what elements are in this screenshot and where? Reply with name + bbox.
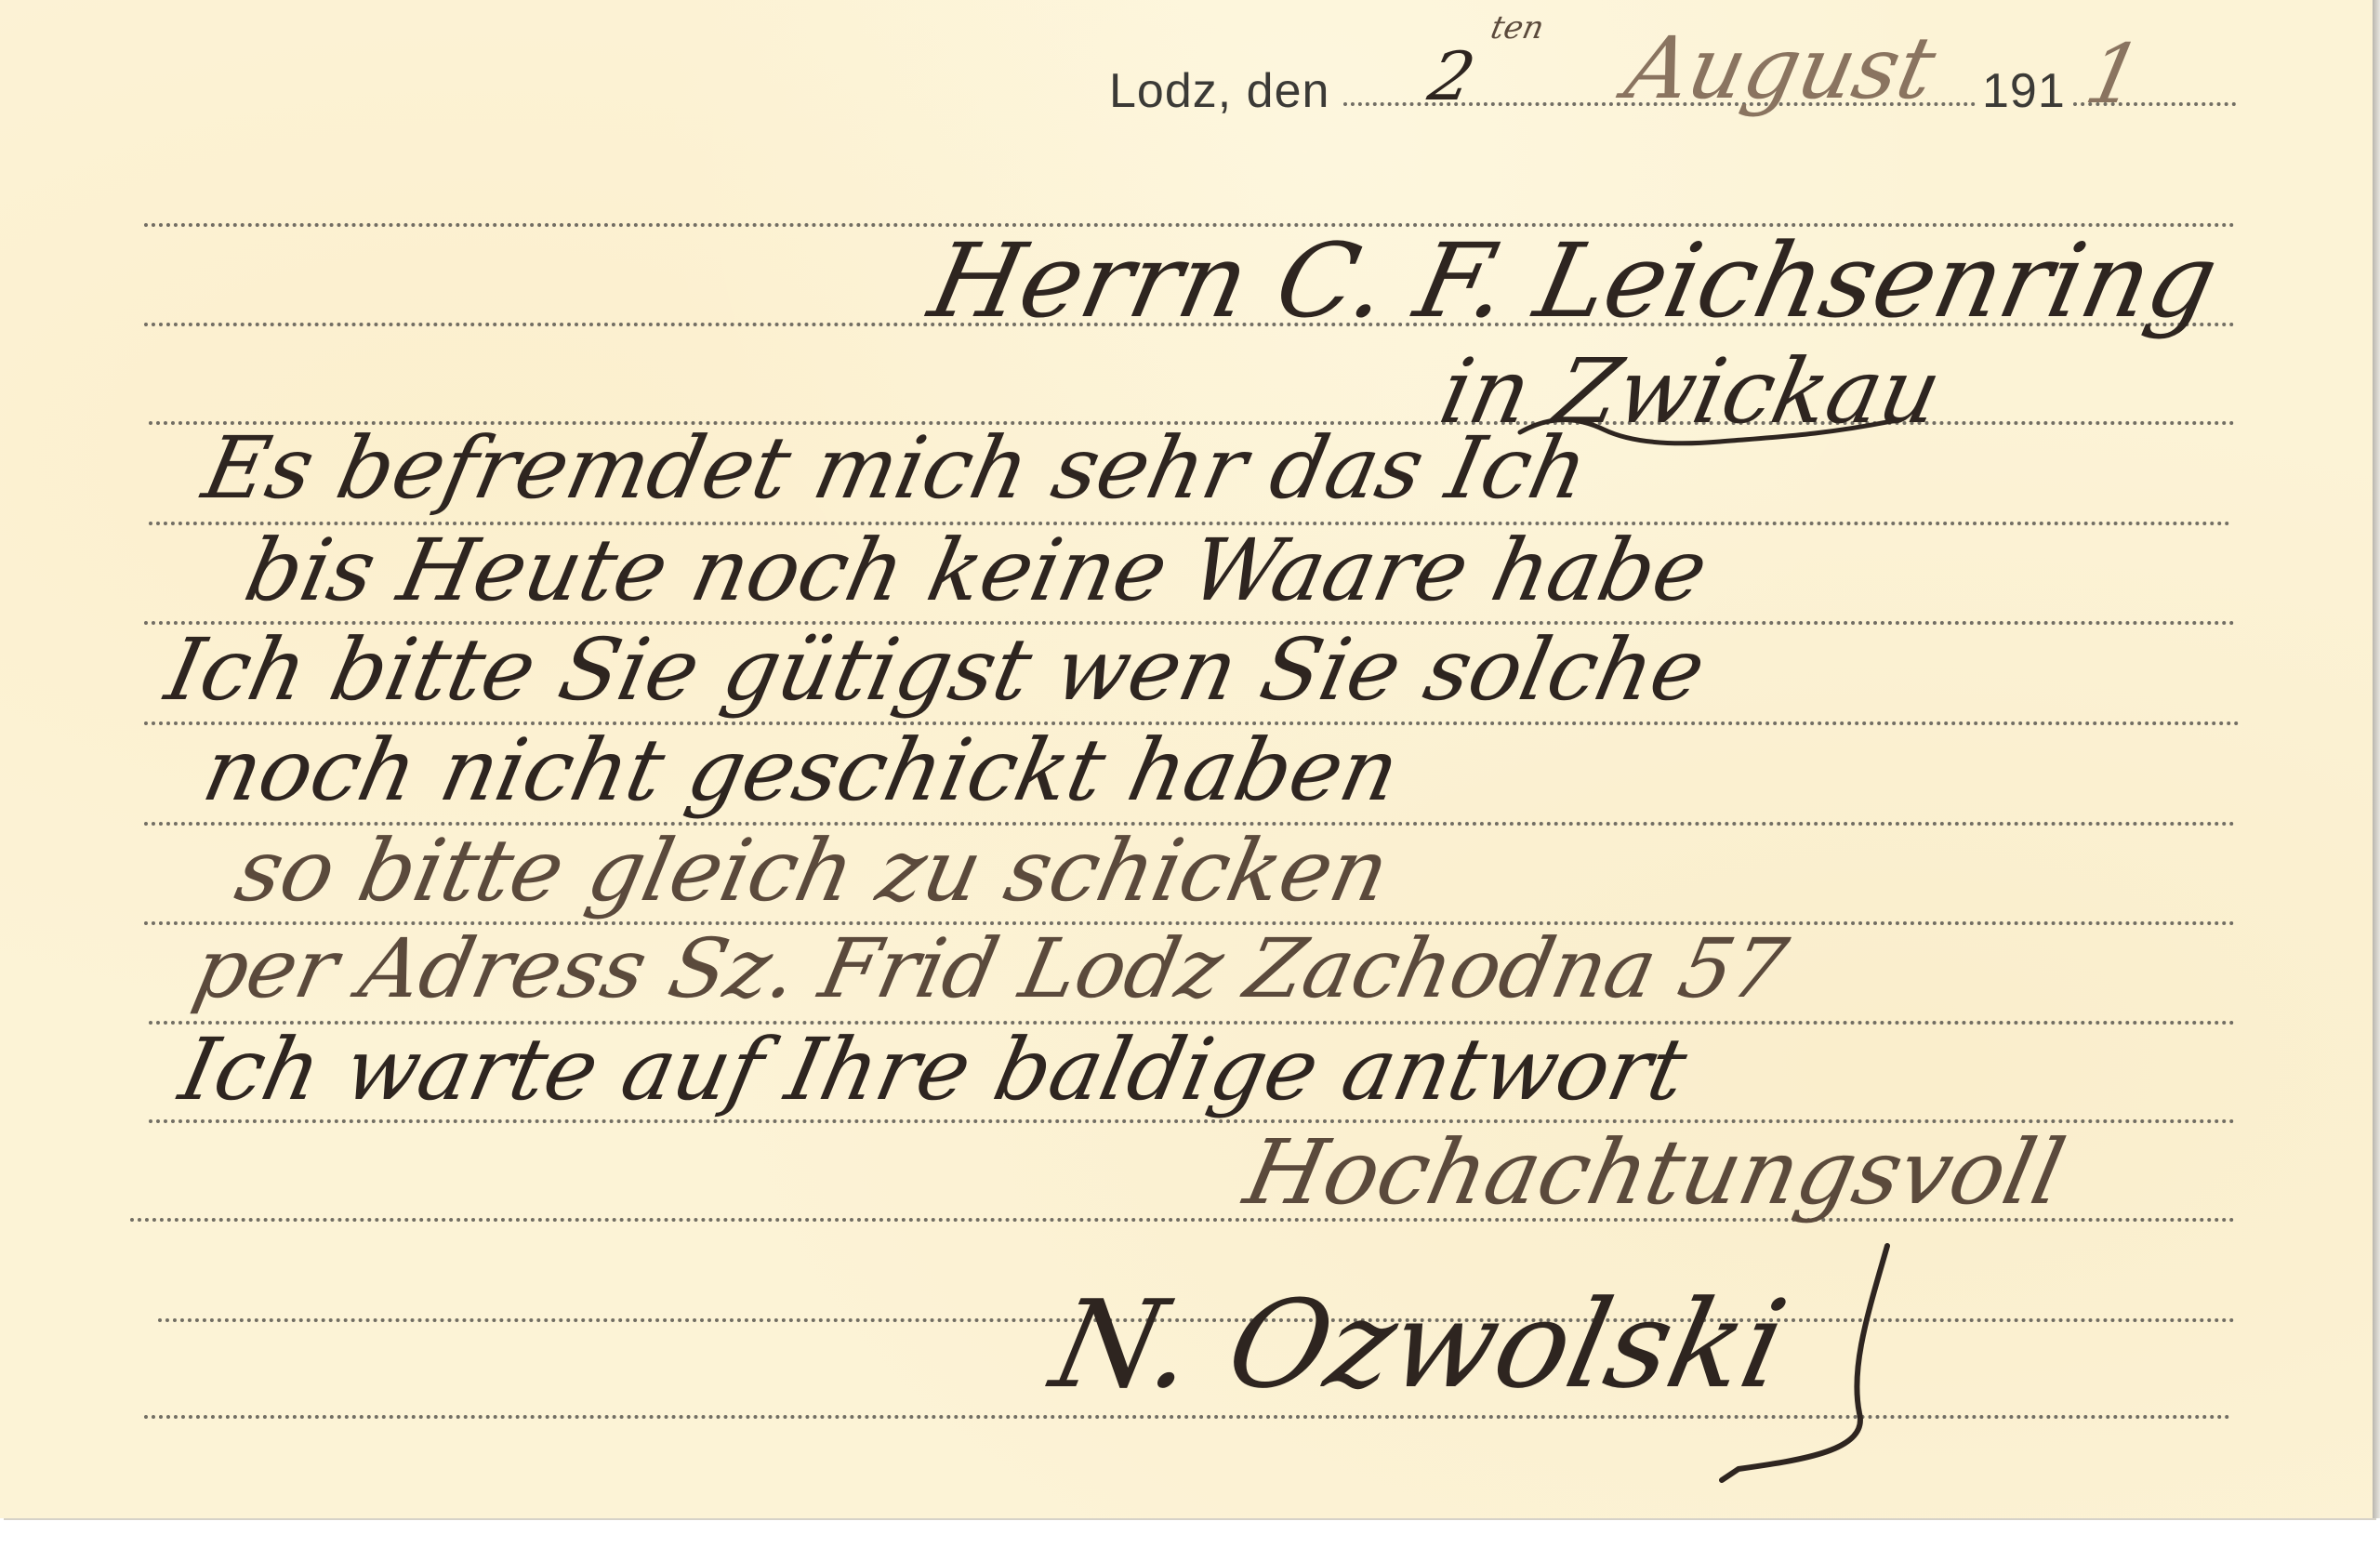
closing-salutation: Hochachtungsvoll [1236, 1120, 2073, 1224]
handwritten-year-digit: 1 [2078, 26, 2150, 122]
printed-year-prefix: 191 [1982, 63, 2066, 119]
address-recipient: Herrn C. F. Leichsenring [920, 221, 2228, 340]
handwritten-day-suffix: ten [1487, 9, 1547, 46]
printed-place-label: Lodz, den [1109, 63, 1329, 119]
body-line-1: Es befremdet mich sehr das Ich [195, 418, 1596, 518]
signature-flourish-icon [1636, 1237, 1952, 1497]
body-line-5: so bitte gleich zu schicken [228, 821, 1397, 920]
body-line-4: noch nicht geschickt haben [195, 721, 1408, 820]
body-line-6: per Adress Sz. Frid Lodz Zachodna 57 [186, 920, 1795, 1016]
body-line-7: Ich warte auf Ihre baldige antwort [172, 1020, 1695, 1119]
body-line-3: Ich bitte Sie gütigst wen Sie solche [158, 620, 1713, 720]
body-line-2: bis Heute noch keine Waare habe [237, 521, 1716, 620]
postcard: Lodz, den 191 2 ten August 1 Herrn C. F.… [0, 0, 2373, 1518]
handwritten-month: August [1618, 19, 1944, 118]
